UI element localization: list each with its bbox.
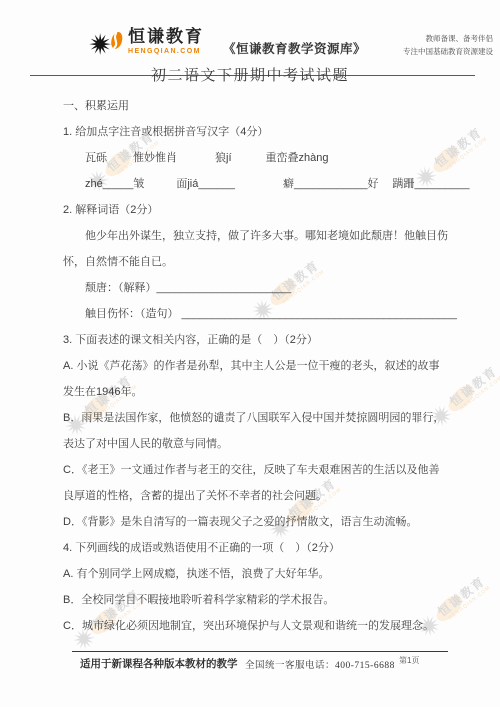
question-4: 4. 下列画线的成语或熟语使用不正确的一项（ ）（2分） xyxy=(63,535,460,561)
tagline-line2: 专注中国基础教育资源建设 xyxy=(375,45,493,58)
word-item-blank: 蹒跚_________ xyxy=(392,171,469,197)
hengqian-logo: 恒谦教育 HENGQIAN.COM xyxy=(86,25,204,62)
word-item: 惟妙惟肖 xyxy=(133,145,177,171)
watermark-subtext: HENGQIAN.COM xyxy=(460,375,500,411)
question-1: 1. 给加点字注音或根据拼音写汉字（4分） xyxy=(63,119,460,145)
question-3-option-b-line1: B．雨果是法国作家，他愤怒的谴责了八国联军入侵中国并焚掠圆明园的罪行， xyxy=(63,405,460,431)
footer-rule xyxy=(72,651,448,652)
word-item-blank: 癖____________好 xyxy=(283,171,378,197)
word-item: 瓦砾 xyxy=(85,145,107,171)
question-1-word-row-1: 瓦砾 惟妙惟肖 狼jí 重峦叠zhàng xyxy=(63,145,460,171)
resource-library-title: 《恒谦教育教学资源库》 xyxy=(223,39,366,57)
word-item: 重峦叠zhàng xyxy=(266,145,329,171)
question-2: 2. 解释词语（2分） xyxy=(63,197,460,223)
logo-splash-icon xyxy=(86,25,126,62)
question-3-option-c-line2: 良厚道的性格，含蓄的提出了关怀不幸者的社会问题。 xyxy=(63,483,460,509)
question-3-option-a-line1: A. 小说《芦花荡》的作者是孙犁，其中主人公是一位干瘦的老头，叙述的故事 xyxy=(63,353,460,379)
question-3-option-d: D．《背影》是朱自清写的一篇表现父子之爱的抒情散文，语言生动流畅。 xyxy=(63,509,460,535)
header-taglines: 教师备课、备考伴侣 专注中国基础教育资源建设 xyxy=(375,32,493,58)
question-3-option-b-line2: 表达了对中国人民的敬意与同情。 xyxy=(63,431,460,457)
question-3: 3. 下面表述的课文相关内容，正确的是（ ）（2分） xyxy=(63,327,460,353)
question-2-passage-line1: 他少年出外谋生，独立支持，做了许多大事。哪知老境如此颓唐！他触目伤 xyxy=(63,223,460,249)
question-3-option-c-line1: C．《老王》一文通过作者与老王的交往，反映了车夫艰难困苦的生活以及他善 xyxy=(63,457,460,483)
question-1-word-row-2: zhé_____皱 面jiá______ 癖____________好 蹒跚__… xyxy=(63,171,460,197)
question-4-option-b: B．全校同学目不暇接地聆听着科学家精彩的学术报告。 xyxy=(63,587,460,613)
brand-name: 恒谦教育 xyxy=(128,28,204,46)
document-title: 初二语文下册期中考试试题 xyxy=(0,64,500,85)
question-4-option-a: A. 有个别同学上网成瘾，执迷不悟，浪费了大好年华。 xyxy=(63,561,460,587)
question-2-blank-sentence: 触目伤怀：（造句） ______________________________… xyxy=(63,301,460,327)
question-4-option-c: C．城市绿化必须因地制宜，突出环境保护与人文景观和谐统一的发展理念。 xyxy=(63,613,460,639)
section-heading: 一、积累运用 xyxy=(63,93,460,119)
exam-page: 恒谦教育HENGQIAN.COM 恒谦教育HENGQIAN.COM 恒谦教育HE… xyxy=(0,0,500,707)
tagline-line1: 教师备课、备考伴侣 xyxy=(375,32,493,45)
brand-domain: HENGQIAN.COM xyxy=(128,48,204,55)
footer-slogan: 适用于新课程各种版本教材的教学 xyxy=(80,656,238,671)
word-item-blank: zhé_____皱 xyxy=(85,171,144,197)
footer-page-number: 第1页 xyxy=(399,655,419,666)
question-2-blank-explain: 颓唐：（解释）______________________ xyxy=(63,275,460,301)
exam-content: 一、积累运用 1. 给加点字注音或根据拼音写汉字（4分） 瓦砾 惟妙惟肖 狼jí… xyxy=(63,93,460,639)
question-2-passage-line2: 怀，自然情不能自已。 xyxy=(63,249,460,275)
question-3-option-a-line2: 发生在1946年。 xyxy=(63,379,460,405)
word-item-blank: 面jiá______ xyxy=(176,171,235,197)
word-item: 狼jí xyxy=(215,145,232,171)
footer-phone: 全国统一客服电话：400-715-6688 xyxy=(245,657,395,671)
